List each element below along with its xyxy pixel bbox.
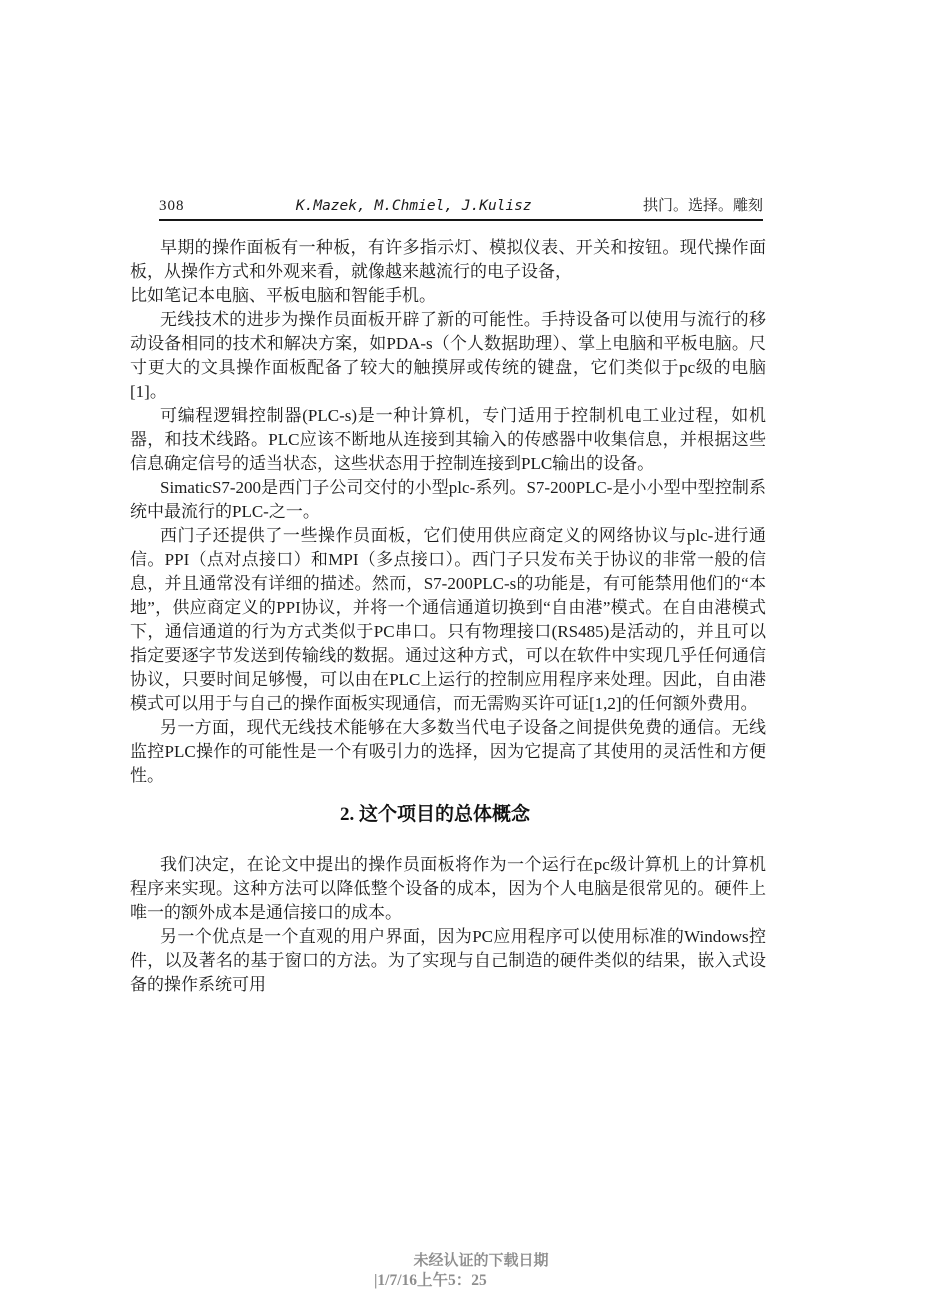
paragraph-2: 无线技术的进步为操作员面板开辟了新的可能性。手持设备可以使用与流行的移动设备相同… bbox=[130, 308, 766, 404]
paragraph-8: 另一个优点是一个直观的用户界面，因为PC应用程序可以使用标准的Windows控件… bbox=[130, 925, 766, 997]
running-authors: K.Mazek, M.Chmiel, J.Kulisz bbox=[296, 198, 532, 215]
running-header: 308 K.Mazek, M.Chmiel, J.Kulisz 拱门。选择。雕刻 bbox=[159, 198, 763, 215]
paragraph-1-segment-2: 比如笔记本电脑、平板电脑和智能手机。 bbox=[130, 284, 766, 308]
paragraph-7: 我们决定，在论文中提出的操作员面板将作为一个运行在pc级计算机上的计算机程序来实… bbox=[130, 853, 766, 925]
paragraph-3: 可编程逻辑控制器(PLC-s)是一种计算机，专门适用于控制机电工业过程，如机器，… bbox=[130, 404, 766, 476]
paragraph-6: 另一方面，现代无线技术能够在大多数当代电子设备之间提供免费的通信。无线监控PLC… bbox=[130, 716, 766, 788]
paragraph-1-segment-1: 早期的操作面板有一种板，有许多指示灯、模拟仪表、开关和按钮。现代操作面板，从操作… bbox=[130, 236, 766, 284]
paragraph-5: 西门子还提供了一些操作员面板，它们使用供应商定义的网络协议与plc-进行通信。P… bbox=[130, 524, 766, 716]
running-title: 拱门。选择。雕刻 bbox=[643, 198, 763, 215]
page-number: 308 bbox=[159, 198, 185, 215]
download-notice: 未经认证的下载日期 bbox=[18, 1252, 926, 1271]
header-rule bbox=[159, 219, 763, 221]
download-timestamp: |1/7/16上午5：25 bbox=[374, 1271, 487, 1290]
section-heading: 2. 这个项目的总体概念 bbox=[117, 802, 753, 828]
body-text: 早期的操作面板有一种板，有许多指示灯、模拟仪表、开关和按钮。现代操作面板，从操作… bbox=[130, 236, 766, 997]
paragraph-4: SimaticS7-200是西门子公司交付的小型plc-系列。S7-200PLC… bbox=[130, 476, 766, 524]
paper-page: 308 K.Mazek, M.Chmiel, J.Kulisz 拱门。选择。雕刻… bbox=[0, 0, 926, 1309]
